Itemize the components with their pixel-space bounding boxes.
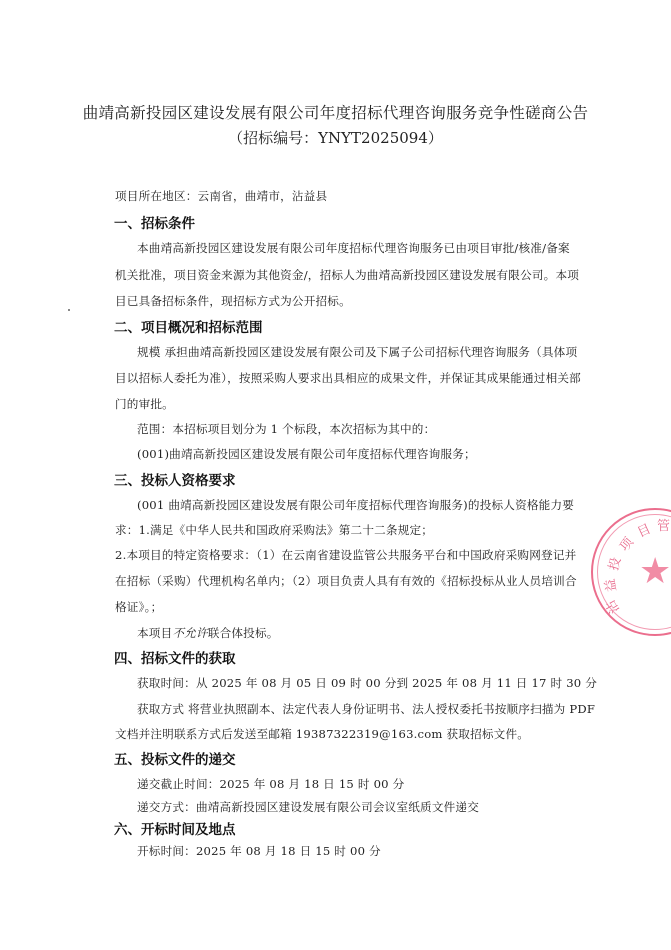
- section-2-scope: 范围：本招标项目划分为 1 个标段，本次招标为其中的：: [137, 421, 435, 437]
- section-1-line: 本曲靖高新投园区建设发展有限公司年度招标代理咨询服务已由项目审批/核准/备案: [137, 240, 555, 256]
- section-heading-3: 三、投标人资格要求: [114, 469, 236, 489]
- submission-deadline: 递交截止时间：2025 年 08 月 18 日 15 时 00 分: [137, 776, 404, 792]
- submission-method: 递交方式：曲靖高新投园区建设发展有限公司会议室纸质文件递交: [137, 799, 479, 815]
- section-3-line: 求：1.满足《中华人民共和国政府采购法》第二十二条规定；: [115, 522, 433, 538]
- section-3-line: 格证》。；: [115, 599, 162, 615]
- section-2-lot: (001)曲靖高新投园区建设发展有限公司年度招标代理咨询服务；: [137, 446, 476, 462]
- consortium-prefix: 本项目: [137, 626, 172, 640]
- section-heading-4: 四、招标文件的获取: [114, 647, 236, 667]
- section-2-line: 目以招标人委托为准），按照采购人要求出具相应的成果文件，并保证其成果能通过相关部: [115, 370, 555, 386]
- section-1-line: 机关批准，项目资金来源为其他资金/，招标人为曲靖高新投园区建设发展有限公司。本项: [115, 267, 555, 283]
- section-3-line: 2.本项目的特定资格要求：（1）在云南省建设监管公共服务平台和中国政府采购网登记…: [115, 547, 555, 563]
- section-heading-5: 五、投标文件的递交: [114, 748, 236, 768]
- section-2-line: 规模 承担曲靖高新投园区建设发展有限公司及下属子公司招标代理咨询服务（具体项: [137, 344, 555, 360]
- acquisition-method-cont: 文档并注明联系方式后发送至邮箱 19387322319@163.com 获取招标…: [115, 726, 529, 742]
- acquisition-time: 获取时间：从 2025 年 08 月 05 日 09 时 00 分到 2025 …: [137, 675, 597, 691]
- tender-number: （招标编号：YNYT2025094）: [0, 127, 671, 148]
- scan-speck: [68, 309, 70, 311]
- section-heading-2: 二、项目概况和招标范围: [114, 316, 263, 336]
- official-seal: ★ 沾 益 投 项 目 管: [591, 508, 671, 636]
- document-page: 曲靖高新投园区建设发展有限公司年度招标代理咨询服务竞争性磋商公告 （招标编号：Y…: [0, 0, 671, 950]
- section-3-line: (001 曲靖高新投园区建设发展有限公司年度招标代理咨询服务)的投标人资格能力要: [137, 497, 555, 513]
- seal-char: 管: [657, 515, 670, 534]
- section-heading-1: 一、招标条件: [114, 212, 195, 232]
- section-3-line: 在招标（采购）代理机构名单内；（2）项目负责人具有有效的《招标投标从业人员培训合: [115, 573, 555, 589]
- section-2-line: 门的审批。: [115, 396, 174, 412]
- document-title: 曲靖高新投园区建设发展有限公司年度招标代理咨询服务竞争性磋商公告: [0, 101, 671, 123]
- acquisition-method: 获取方式 将营业执照副本、法定代表人身份证明书、法人授权委托书按顺序扫描为 PD…: [137, 701, 555, 717]
- consortium-suffix: 联合体投标。: [208, 626, 279, 640]
- consortium-note: 本项目不允许联合体投标。: [137, 625, 279, 641]
- section-1-line: 目已具备招标条件，现招标方式为公开招标。: [115, 293, 351, 309]
- project-region: 项目所在地区：云南省，曲靖市，沾益县: [115, 188, 327, 204]
- star-icon: ★: [639, 554, 671, 590]
- opening-time: 开标时间：2025 年 08 月 18 日 15 时 00 分: [137, 843, 381, 859]
- section-heading-6: 六、开标时间及地点: [114, 818, 236, 838]
- consortium-not-allowed: 不允许: [172, 626, 207, 640]
